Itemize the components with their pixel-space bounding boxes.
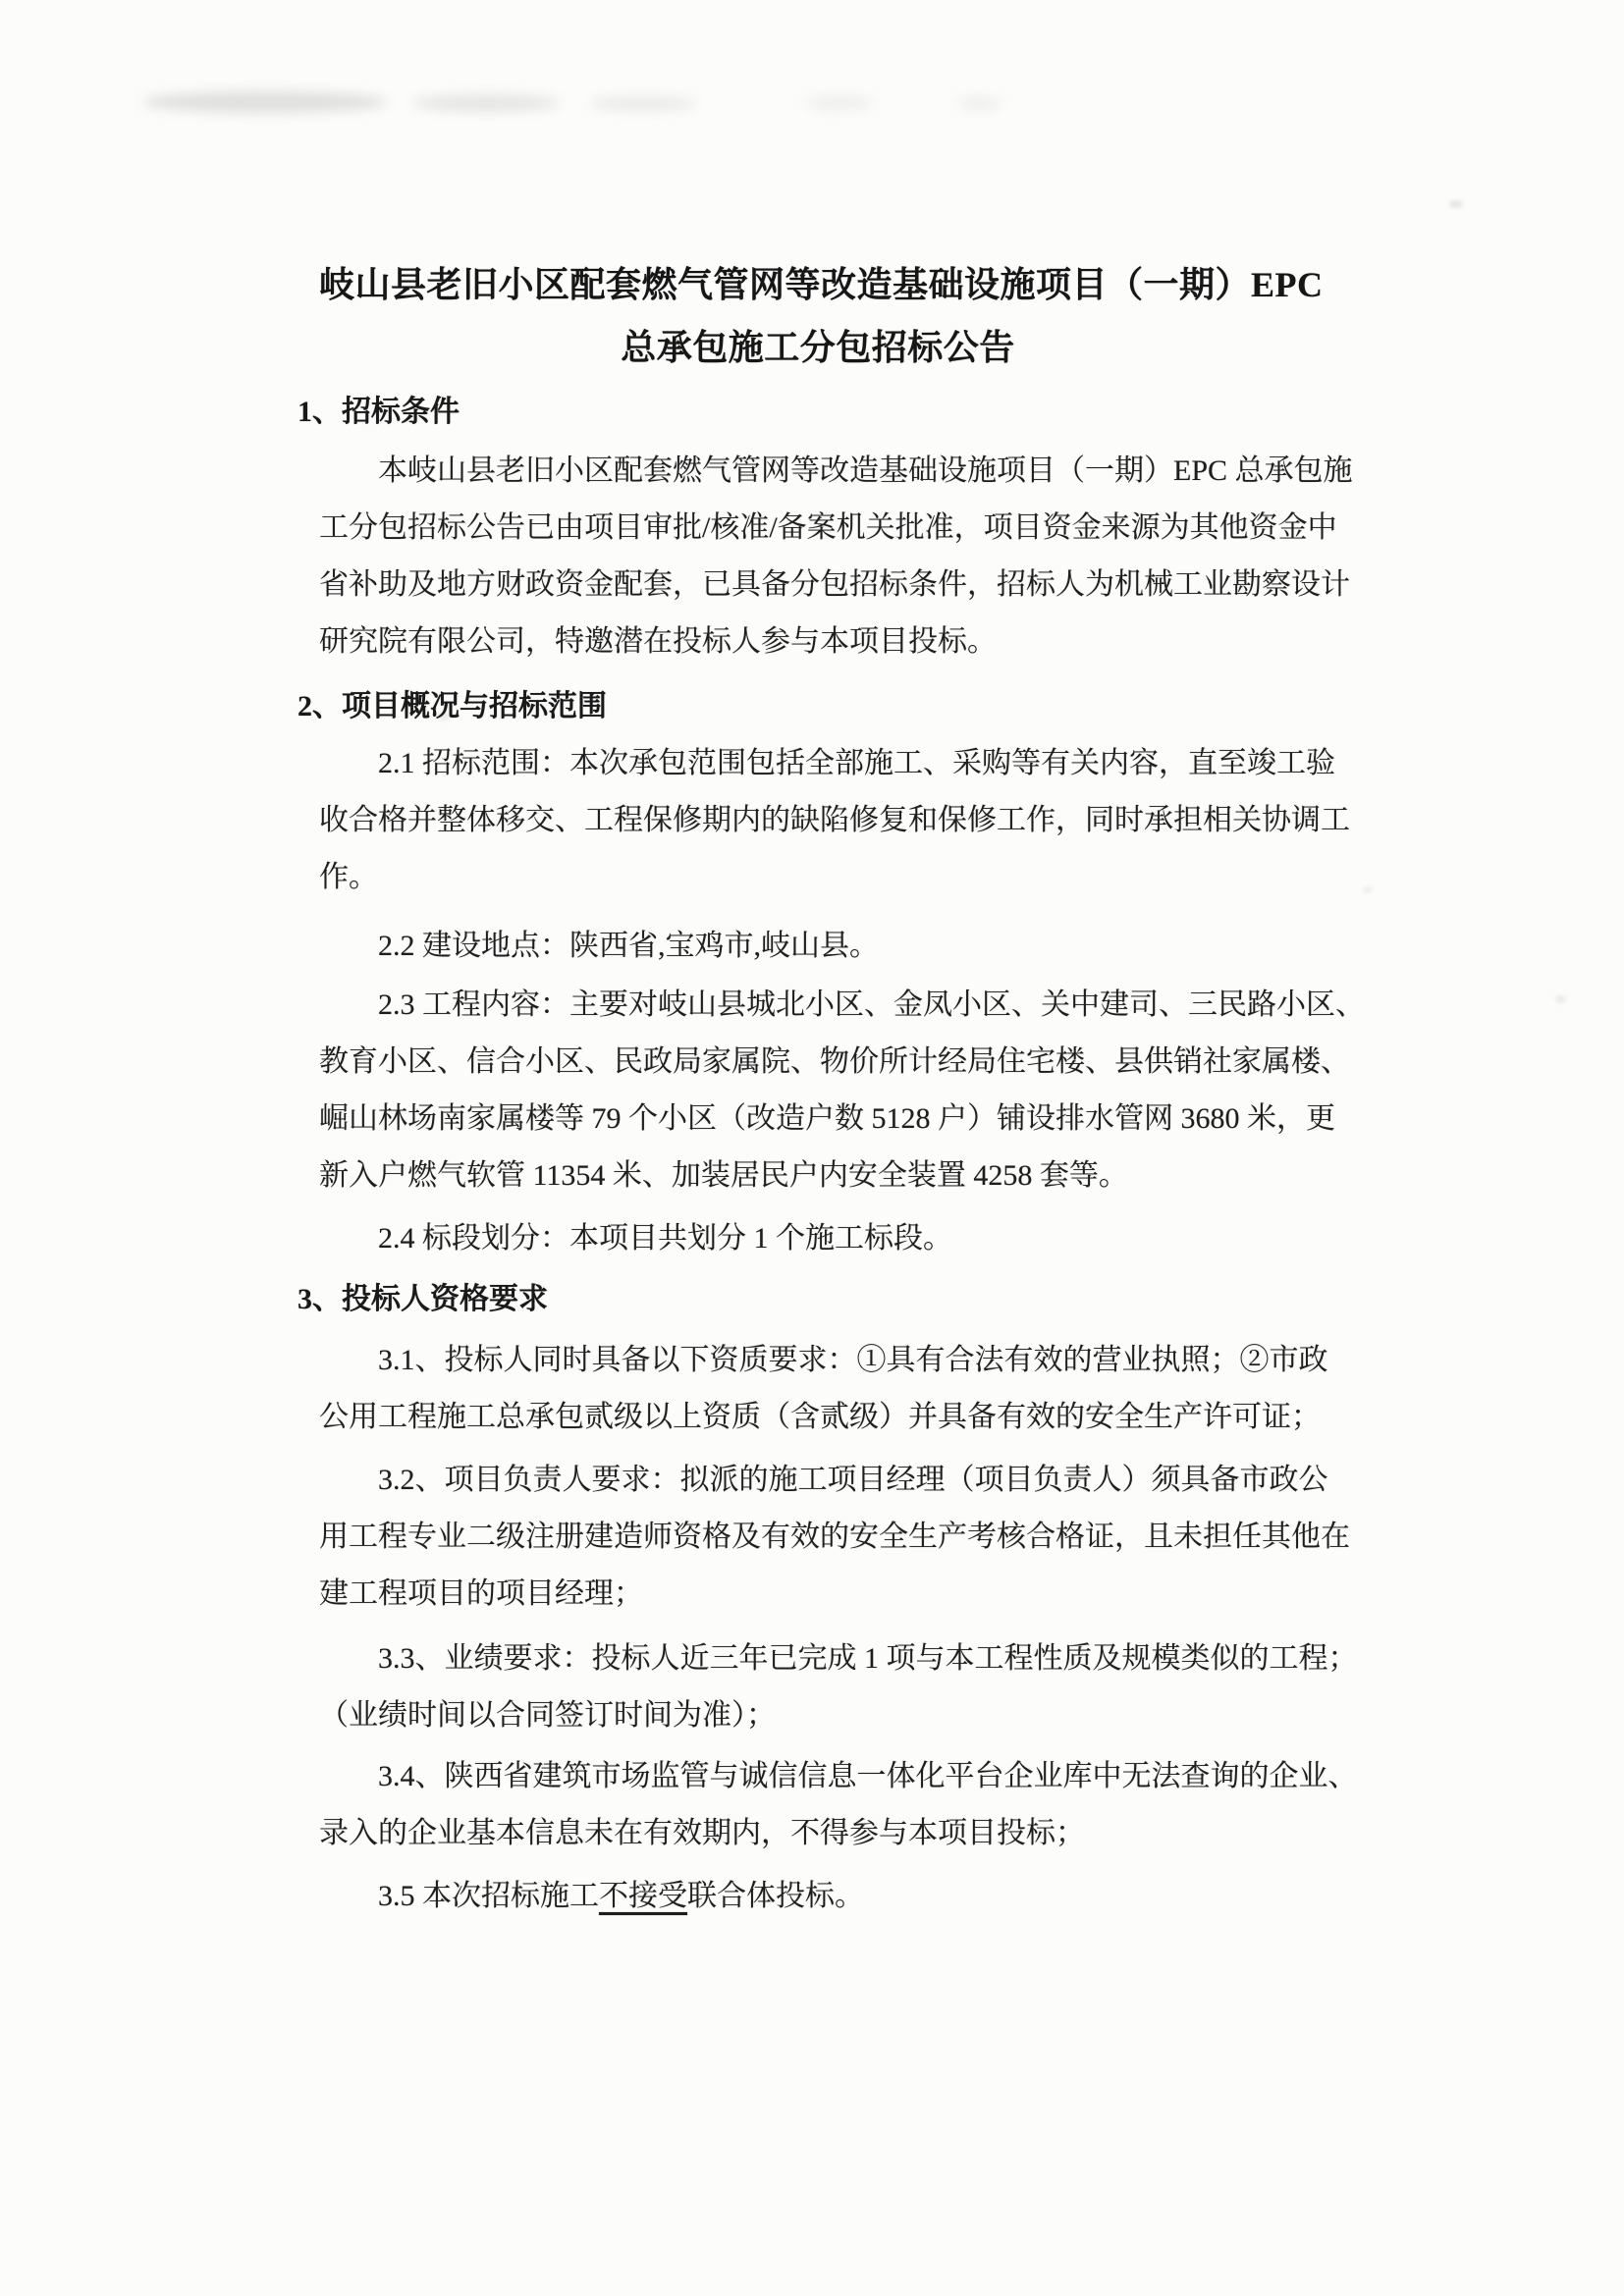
text-line: 新入户燃气软管 11354 米、加装居民户内安全装置 4258 套等。 bbox=[319, 1148, 1317, 1204]
text-line: 研究院有限公司，特邀潜在投标人参与本项目投标。 bbox=[319, 614, 1317, 670]
paragraph-tender-conditions: 本岐山县老旧小区配套燃气管网等改造基础设施项目（一期）EPC 总承包施 工分包招… bbox=[319, 443, 1317, 670]
scan-speck bbox=[1449, 200, 1463, 208]
paragraph-3-1-qualification: 3.1、投标人同时具备以下资质要求：①具有合法有效的营业执照；②市政 公用工程施… bbox=[319, 1332, 1317, 1446]
text-line: 3.5 本次招标施工不接受联合体投标。 bbox=[319, 1868, 1317, 1925]
scan-speck bbox=[1555, 995, 1566, 1003]
text-line: 省补助及地方财政资金配套，已具备分包招标条件，招标人为机械工业勘察设计 bbox=[319, 557, 1317, 614]
text-line: 收合格并整体移交、工程保修期内的缺陷修复和保修工作，同时承担相关协调工 bbox=[319, 792, 1317, 849]
text-line: 建工程项目的项目经理； bbox=[319, 1566, 1317, 1623]
text-line: 录入的企业基本信息未在有效期内，不得参与本项目投标； bbox=[319, 1805, 1317, 1862]
paragraph-3-3-performance: 3.3、业绩要求：投标人近三年已完成 1 项与本工程性质及规模类似的工程； （业… bbox=[319, 1630, 1317, 1744]
paragraph-3-5-consortium: 3.5 本次招标施工不接受联合体投标。 bbox=[319, 1868, 1317, 1925]
paragraph-2-2-location: 2.2 建设地点：陕西省,宝鸡市,岐山县。 bbox=[319, 918, 1317, 975]
text-line: 本岐山县老旧小区配套燃气管网等改造基础设施项目（一期）EPC 总承包施 bbox=[319, 443, 1317, 500]
text-line: 2.2 建设地点：陕西省,宝鸡市,岐山县。 bbox=[319, 918, 1317, 975]
paragraph-2-1-scope: 2.1 招标范围：本次承包范围包括全部施工、采购等有关内容，直至竣工验 收合格并… bbox=[319, 735, 1317, 906]
text-line: 崛山林场南家属楼等 79 个小区（改造户数 5128 户）铺设排水管网 3680… bbox=[319, 1091, 1317, 1148]
paragraph-2-4-sections: 2.4 标段划分：本项目共划分 1 个施工标段。 bbox=[319, 1210, 1317, 1267]
text-line: 3.2、项目负责人要求：拟派的施工项目经理（项目负责人）须具备市政公 bbox=[319, 1452, 1317, 1509]
title-line: 岐山县老旧小区配套燃气管网等改造基础设施项目（一期）EPC bbox=[319, 253, 1317, 316]
document-title: 岐山县老旧小区配套燃气管网等改造基础设施项目（一期）EPC 总承包施工分包招标公… bbox=[319, 253, 1317, 379]
text-line: 公用工程施工总承包贰级以上资质（含贰级）并具备有效的安全生产许可证； bbox=[319, 1389, 1317, 1446]
text-line: 2.1 招标范围：本次承包范围包括全部施工、采购等有关内容，直至竣工验 bbox=[319, 735, 1317, 792]
section-2-heading: 2、项目概况与招标范围 bbox=[298, 678, 1317, 735]
text-line: 作。 bbox=[319, 849, 1317, 906]
title-line: 总承包施工分包招标公告 bbox=[319, 316, 1317, 379]
text-line: 3.1、投标人同时具备以下资质要求：①具有合法有效的营业执照；②市政 bbox=[319, 1332, 1317, 1389]
text-segment: 联合体投标。 bbox=[687, 1880, 864, 1912]
text-line: 2.4 标段划分：本项目共划分 1 个施工标段。 bbox=[319, 1210, 1317, 1267]
document-body: 岐山县老旧小区配套燃气管网等改造基础设施项目（一期）EPC 总承包施工分包招标公… bbox=[319, 0, 1317, 1925]
text-line: 3.3、业绩要求：投标人近三年已完成 1 项与本工程性质及规模类似的工程； bbox=[319, 1630, 1317, 1687]
text-line: 3.4、陕西省建筑市场监管与诚信信息一体化平台企业库中无法查询的企业、 bbox=[319, 1748, 1317, 1805]
paragraph-2-3-content: 2.3 工程内容：主要对岐山县城北小区、金凤小区、关中建司、三民路小区、 教育小… bbox=[319, 977, 1317, 1204]
paragraph-3-2-project-manager: 3.2、项目负责人要求：拟派的施工项目经理（项目负责人）须具备市政公 用工程专业… bbox=[319, 1452, 1317, 1623]
text-line: 教育小区、信合小区、民政局家属院、物价所计经局住宅楼、县供销社家属楼、 bbox=[319, 1034, 1317, 1091]
section-1-heading: 1、招标条件 bbox=[298, 384, 1317, 441]
section-3-heading: 3、投标人资格要求 bbox=[298, 1271, 1317, 1328]
text-line: 2.3 工程内容：主要对岐山县城北小区、金凤小区、关中建司、三民路小区、 bbox=[319, 977, 1317, 1034]
text-line: 工分包招标公告已由项目审批/核准/备案机关批准，项目资金来源为其他资金中 bbox=[319, 500, 1317, 557]
text-line: 用工程专业二级注册建造师资格及有效的安全生产考核合格证，且未担任其他在 bbox=[319, 1509, 1317, 1566]
underlined-text: 不接受 bbox=[599, 1880, 687, 1912]
scan-speck bbox=[1363, 886, 1373, 893]
text-line: （业绩时间以合同签订时间为准）； bbox=[319, 1687, 1317, 1744]
scanned-page: 岐山县老旧小区配套燃气管网等改造基础设施项目（一期）EPC 总承包施工分包招标公… bbox=[0, 0, 1624, 2296]
paragraph-3-4-platform: 3.4、陕西省建筑市场监管与诚信信息一体化平台企业库中无法查询的企业、 录入的企… bbox=[319, 1748, 1317, 1862]
text-segment: 3.5 本次招标施工 bbox=[378, 1880, 599, 1912]
